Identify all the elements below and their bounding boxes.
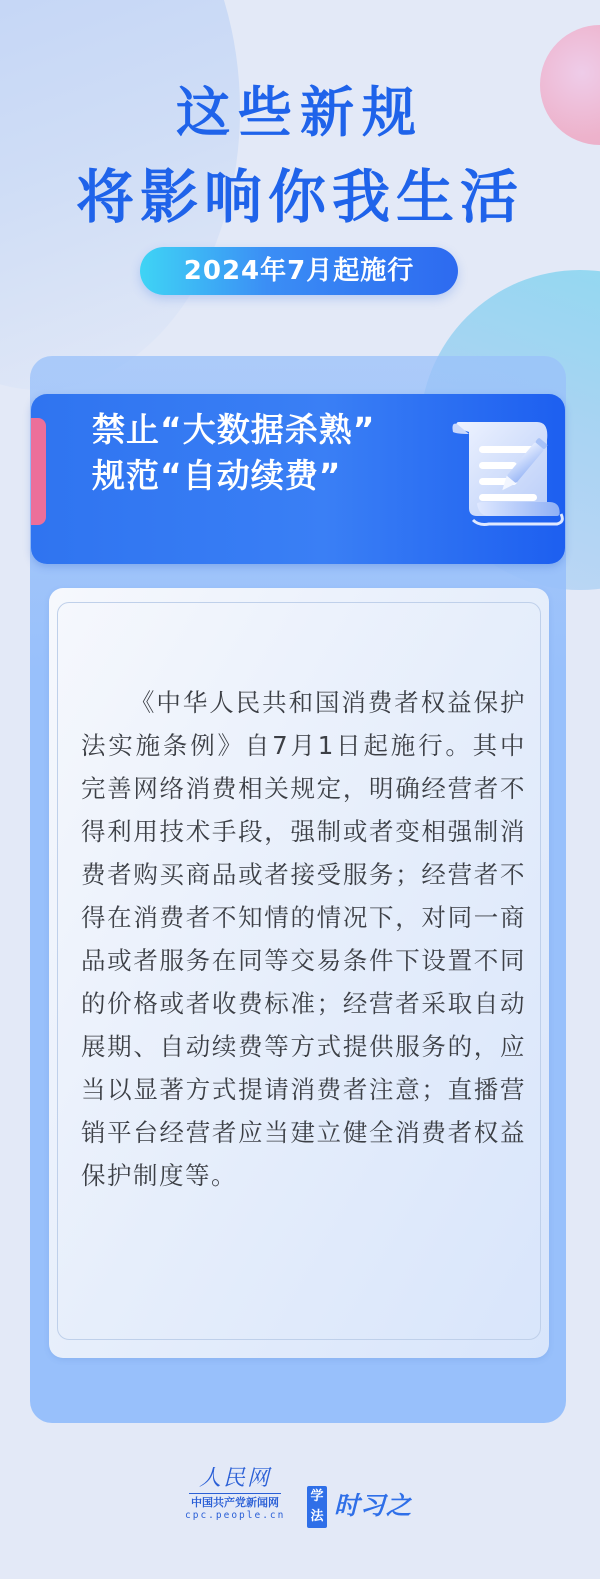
people-logo-url: cpc.people.cn xyxy=(185,1510,285,1522)
people-logo-divider xyxy=(189,1493,281,1494)
header-accent-bar xyxy=(31,418,46,525)
page-title-line-1: 这些新规 xyxy=(0,78,600,148)
section-heading-line-2: 规范“自动续费” xyxy=(92,454,341,498)
article-paragraph: 《中华人民共和国消费者权益保护法实施条例》自7月1日起施行。其中完善网络消费相关… xyxy=(81,681,526,1197)
people-logo-script: 人民网 xyxy=(185,1466,285,1492)
section-heading-line-1: 禁止“大数据杀熟” xyxy=(92,408,375,452)
xuefa-badge-top: 学 xyxy=(307,1487,327,1507)
people-logo-chinese-name: 中国共产党新闻网 xyxy=(185,1496,285,1510)
footer-logos: 人民网 中国共产党新闻网 cpc.people.cn 学 法 时习之 xyxy=(0,1462,600,1542)
people-daily-logo: 人民网 中国共产党新闻网 cpc.people.cn xyxy=(185,1466,285,1522)
shixizhi-logo: 时习之 xyxy=(334,1486,412,1526)
article-card: 《中华人民共和国消费者权益保护法实施条例》自7月1日起施行。其中完善网络消费相关… xyxy=(49,588,549,1358)
effective-date-badge: 2024年7月起施行 xyxy=(140,247,458,295)
document-pencil-icon xyxy=(449,412,565,532)
section-header-card: 禁止“大数据杀熟” 规范“自动续费” xyxy=(31,394,565,564)
xuefa-badge-bottom: 法 xyxy=(307,1507,327,1527)
page-title-line-2: 将影响你我生活 xyxy=(0,160,600,234)
xuefa-badge: 学 法 xyxy=(307,1486,327,1528)
